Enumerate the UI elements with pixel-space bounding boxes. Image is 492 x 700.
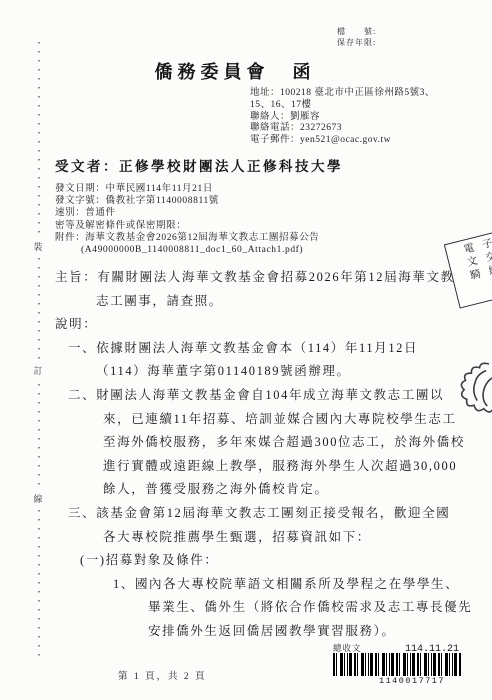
retention-period-label: 保存年限: — [337, 37, 376, 48]
body-line: (一)招募對象及條件： — [55, 549, 455, 573]
binding-mark-xian: 線 — [30, 492, 46, 505]
archival-labels: 檔 號: 保存年限: — [337, 26, 376, 48]
body-line: 進行實體或遠距線上教學，服務海外學生人次超過30,000 — [55, 455, 455, 479]
file-number-label: 檔 號: — [337, 26, 376, 37]
body-line: 安排僑外生返回僑居國教學實習服務）。 — [55, 620, 455, 644]
section-heading: 說明： — [55, 313, 455, 337]
binding-mark-zhuang: 裝 — [30, 240, 46, 253]
body-line: 二、財團法人海華文教基金會自104年成立海華文教志工團以 — [55, 384, 455, 408]
binding-mark-ding: 訂 — [30, 364, 46, 377]
body-line: 畢業生、僑外生（將依合作僑校需求及志工專長優先 — [55, 596, 455, 620]
official-letter-page: 檔 號: 保存年限: 僑務委員會 函 地址：100218 臺北市中正區徐州路5號… — [0, 0, 492, 700]
recipient-line: 受文者：正修學校財團法人正修科技大學 — [55, 155, 343, 175]
issue-number: 發文字號：僑教社字第1140008811號 — [55, 195, 319, 207]
body-line: 各大專校院推薦學生甄選，招募資訊如下： — [55, 526, 455, 550]
flower-seal-icon — [449, 353, 492, 423]
attachment-filename: (A49000000B_1140008811_doc1_60_Attach1.p… — [55, 244, 319, 256]
agency-contact-person: 聯絡人：劉雁容 — [250, 112, 435, 124]
body-line: 三、該基金會第12屆海華文教志工團刻正接受報名，歡迎全國 — [55, 502, 455, 526]
binding-dotted-line — [38, 42, 40, 662]
issue-date: 發文日期：中華民國114年11月21日 — [55, 183, 319, 195]
agency-address-line1: 地址：100218 臺北市中正區徐州路5號3、 — [250, 88, 435, 100]
agency-contact-block: 地址：100218 臺北市中正區徐州路5號3、 15、16、17樓 聯絡人：劉雁… — [250, 88, 435, 147]
agency-phone: 聯絡電話：23272673 — [250, 123, 435, 135]
attachment-title: 附件：海華文教基金會2026第12屆海華文教志工團招募公告 — [55, 232, 319, 244]
body-line: 來，已連續11年招募、培訓並媒合國內大專院校學生志工 — [55, 408, 455, 432]
body-line: 至海外僑校服務，多年來媒合超過300位志工，於海外僑校 — [55, 431, 455, 455]
flower-seal-stamp — [449, 353, 492, 428]
barcode-number: 1140017717 — [362, 676, 462, 686]
agency-email: 電子郵件：yen521@ocac.gov.tw — [250, 135, 435, 147]
body-line: （114）海華董字第01140189號函辦理。 — [55, 360, 455, 384]
subject-line: 主旨：有關財團法人海華文教基金會招募2026年第12屆海華文教 — [55, 266, 455, 290]
page-indicator: 第 1 頁，共 2 頁 — [118, 668, 207, 682]
security-classification: 密等及解密條件或保密期限： — [55, 220, 319, 232]
stamp-column-left: 電文騎 — [461, 242, 481, 284]
document-title: 僑務委員會 函 — [95, 58, 375, 84]
subject-line: 志工團事，請查照。 — [55, 290, 455, 314]
body-line: 1、國內各大專校院華語文相關系所及學程之在學學生、 — [55, 573, 455, 597]
document-meta-block: 發文日期：中華民國114年11月21日 發文字號：僑教社字第1140008811… — [55, 183, 319, 256]
agency-address-line2: 15、16、17樓 — [250, 100, 435, 112]
body-line: 一、依據財團法人海華文教基金會本（114）年11月12日 — [55, 337, 455, 361]
barcode — [333, 653, 461, 676]
body-line: 餘人，普獲受服務之海外僑校肯定。 — [55, 478, 455, 502]
letter-body: 主旨：有關財團法人海華文教基金會招募2026年第12屆海華文教 志工團事，請查照… — [55, 266, 455, 644]
stamp-column-right: 子交縫 — [480, 237, 492, 279]
delivery-speed: 速別：普通件 — [55, 207, 319, 219]
